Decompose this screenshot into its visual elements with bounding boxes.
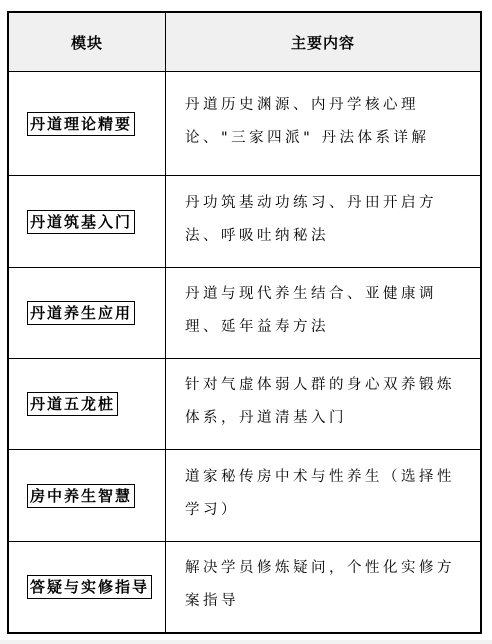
module-cell: 丹道理论精要	[9, 72, 166, 175]
course-modules-table: 模块 主要内容 丹道理论精要 丹道历史渊源、内丹学核心理论、"三家四派" 丹法体…	[7, 11, 482, 634]
content-cell: 道家秘传房中术与性养生（选择性学习）	[166, 450, 480, 541]
header-module: 模块	[9, 13, 166, 71]
module-label: 答疑与实修指导	[27, 575, 152, 599]
module-cell: 丹道五龙桩	[9, 359, 166, 449]
bottom-edge	[0, 640, 492, 644]
module-description: 丹道历史渊源、内丹学核心理论、"三家四派" 丹法体系详解	[185, 89, 468, 155]
table-row: 丹道养生应用 丹道与现代养生结合、亚健康调理、延年益寿方法	[9, 267, 480, 358]
module-description: 丹功筑基动功练习、丹田开启方法、呼吸吐纳秘法	[185, 187, 468, 253]
module-label: 丹道筑基入门	[27, 210, 135, 234]
module-description: 丹道与现代养生结合、亚健康调理、延年益寿方法	[185, 278, 468, 344]
module-cell: 房中养生智慧	[9, 450, 166, 541]
table-row: 房中养生智慧 道家秘传房中术与性养生（选择性学习）	[9, 449, 480, 541]
table-row: 丹道五龙桩 针对气虚体弱人群的身心双养锻炼体系，丹道清基入门	[9, 358, 480, 449]
content-cell: 丹功筑基动功练习、丹田开启方法、呼吸吐纳秘法	[166, 176, 480, 267]
content-cell: 解决学员修炼疑问，个性化实修方案指导	[166, 542, 480, 632]
table-row: 答疑与实修指导 解决学员修炼疑问，个性化实修方案指导	[9, 541, 480, 632]
module-description: 解决学员修炼疑问，个性化实修方案指导	[185, 552, 468, 618]
content-cell: 针对气虚体弱人群的身心双养锻炼体系，丹道清基入门	[166, 359, 480, 449]
module-cell: 丹道筑基入门	[9, 176, 166, 267]
module-cell: 答疑与实修指导	[9, 542, 166, 632]
table-row: 丹道理论精要 丹道历史渊源、内丹学核心理论、"三家四派" 丹法体系详解	[9, 71, 480, 175]
table-row: 丹道筑基入门 丹功筑基动功练习、丹田开启方法、呼吸吐纳秘法	[9, 175, 480, 267]
module-description: 道家秘传房中术与性养生（选择性学习）	[185, 461, 468, 527]
module-cell: 丹道养生应用	[9, 268, 166, 358]
content-cell: 丹道与现代养生结合、亚健康调理、延年益寿方法	[166, 268, 480, 358]
module-label: 丹道理论精要	[27, 112, 135, 136]
header-content: 主要内容	[166, 13, 480, 71]
content-cell: 丹道历史渊源、内丹学核心理论、"三家四派" 丹法体系详解	[166, 72, 480, 175]
module-description: 针对气虚体弱人群的身心双养锻炼体系，丹道清基入门	[185, 369, 468, 435]
module-label: 丹道五龙桩	[27, 392, 118, 416]
module-label: 丹道养生应用	[27, 301, 135, 325]
module-label: 房中养生智慧	[27, 484, 135, 508]
table-header-row: 模块 主要内容	[9, 13, 480, 71]
